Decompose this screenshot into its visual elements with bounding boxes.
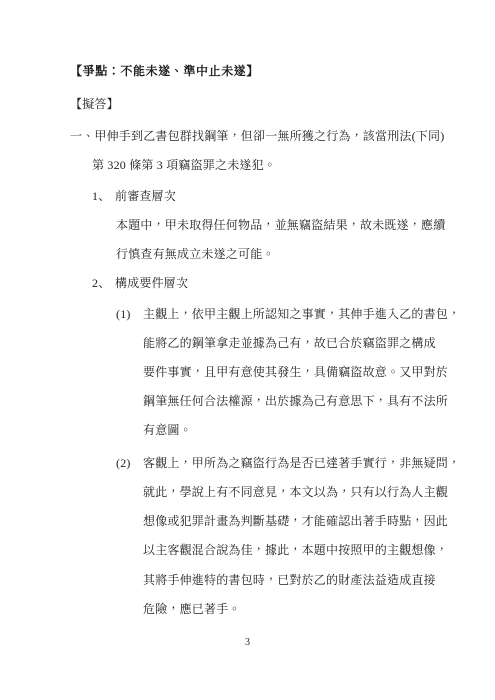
text-line: 第 320 條第 3 項竊盜罪之未遂犯。: [0, 151, 495, 180]
text-line: 危險，應已著手。: [0, 595, 495, 624]
text-line: 行慎查有無成立未遂之可能。: [0, 240, 495, 269]
line-text: 能將乙的鋼筆拿走並據為己有，故已合於竊盜罪之構成: [143, 336, 436, 350]
list-marker: 1、: [92, 182, 115, 211]
text-line: 鋼筆無任何合法權源，出於據為己有意思下，具有不法所: [0, 387, 495, 416]
list-marker: (2): [116, 449, 143, 478]
list-marker: 2、: [92, 269, 115, 298]
line-text: 其將手伸進特的書包時，已對於乙的財產法益造成直接: [143, 573, 436, 587]
text-line: 有意圖。: [0, 416, 495, 445]
document-page: 【爭點：不能未遂、準中止未遂】 【擬答】 一、甲伸手到乙書包群找鋼筆，但卻一無所…: [0, 0, 495, 700]
text-line: 其將手伸進特的書包時，已對於乙的財產法益造成直接: [0, 566, 495, 595]
line-text: 構成要件層次: [115, 276, 188, 290]
issue-heading: 【爭點：不能未遂、準中止未遂】: [0, 57, 495, 86]
line-text: 要件事實，且甲有意使其發生，具備竊盜故意。又甲對於: [143, 365, 448, 379]
line-text: 本題中，甲未取得任何物品，並無竊盜結果，故未既遂，應續: [116, 218, 445, 232]
line-text: 客觀上，甲所為之竊盜行為是否已達著手實行，非無疑問，: [143, 456, 460, 470]
line-text: 以主客觀混合說為佳，據此，本題中按照甲的主觀想像，: [143, 543, 448, 557]
text-line: 就此，學說上有不同意見，本文以為，只有以行為人主觀: [0, 478, 495, 507]
line-text: 想像或犯罪計畫為判斷基礎，才能確認出著手時點，因此: [143, 514, 448, 528]
text-line: 以主客觀混合說為佳，據此，本題中按照甲的主觀想像，: [0, 536, 495, 565]
list-marker: 一、: [70, 129, 94, 143]
text-line: 1、前審查層次: [0, 182, 495, 211]
text-line: (1)主觀上，依甲主觀上所認知之事實，其伸手進入乙的書包，: [0, 300, 495, 329]
line-text: 前審查層次: [115, 189, 176, 203]
line-text: 就此，學說上有不同意見，本文以為，只有以行為人主觀: [143, 485, 448, 499]
text-line: 要件事實，且甲有意使其發生，具備竊盜故意。又甲對於: [0, 358, 495, 387]
text-line: 一、甲伸手到乙書包群找鋼筆，但卻一無所獲之行為，該當刑法(下同): [0, 122, 495, 151]
text-line: 本題中，甲未取得任何物品，並無竊盜結果，故未既遂，應續: [0, 211, 495, 240]
line-text: 第 320 條第 3 項竊盜罪之未遂犯。: [92, 158, 276, 172]
page-number: 3: [0, 628, 495, 657]
list-marker: (1): [116, 300, 143, 329]
line-text: 行慎查有無成立未遂之可能。: [116, 247, 275, 261]
text-line: 2、構成要件層次: [0, 269, 495, 298]
line-text: 鋼筆無任何合法權源，出於據為己有意思下，具有不法所: [143, 394, 448, 408]
line-text: 主觀上，依甲主觀上所認知之事實，其伸手進入乙的書包，: [143, 307, 460, 321]
line-text: 有意圖。: [143, 423, 192, 437]
text-line: (2)客觀上，甲所為之竊盜行為是否已達著手實行，非無疑問，: [0, 449, 495, 478]
answer-heading: 【擬答】: [0, 90, 495, 119]
line-text: 危險，應已著手。: [143, 602, 241, 616]
text-line: 能將乙的鋼筆拿走並據為己有，故已合於竊盜罪之構成: [0, 329, 495, 358]
line-text: 甲伸手到乙書包群找鋼筆，但卻一無所獲之行為，該當刑法(下同): [94, 129, 444, 143]
text-line: 想像或犯罪計畫為判斷基礎，才能確認出著手時點，因此: [0, 507, 495, 536]
